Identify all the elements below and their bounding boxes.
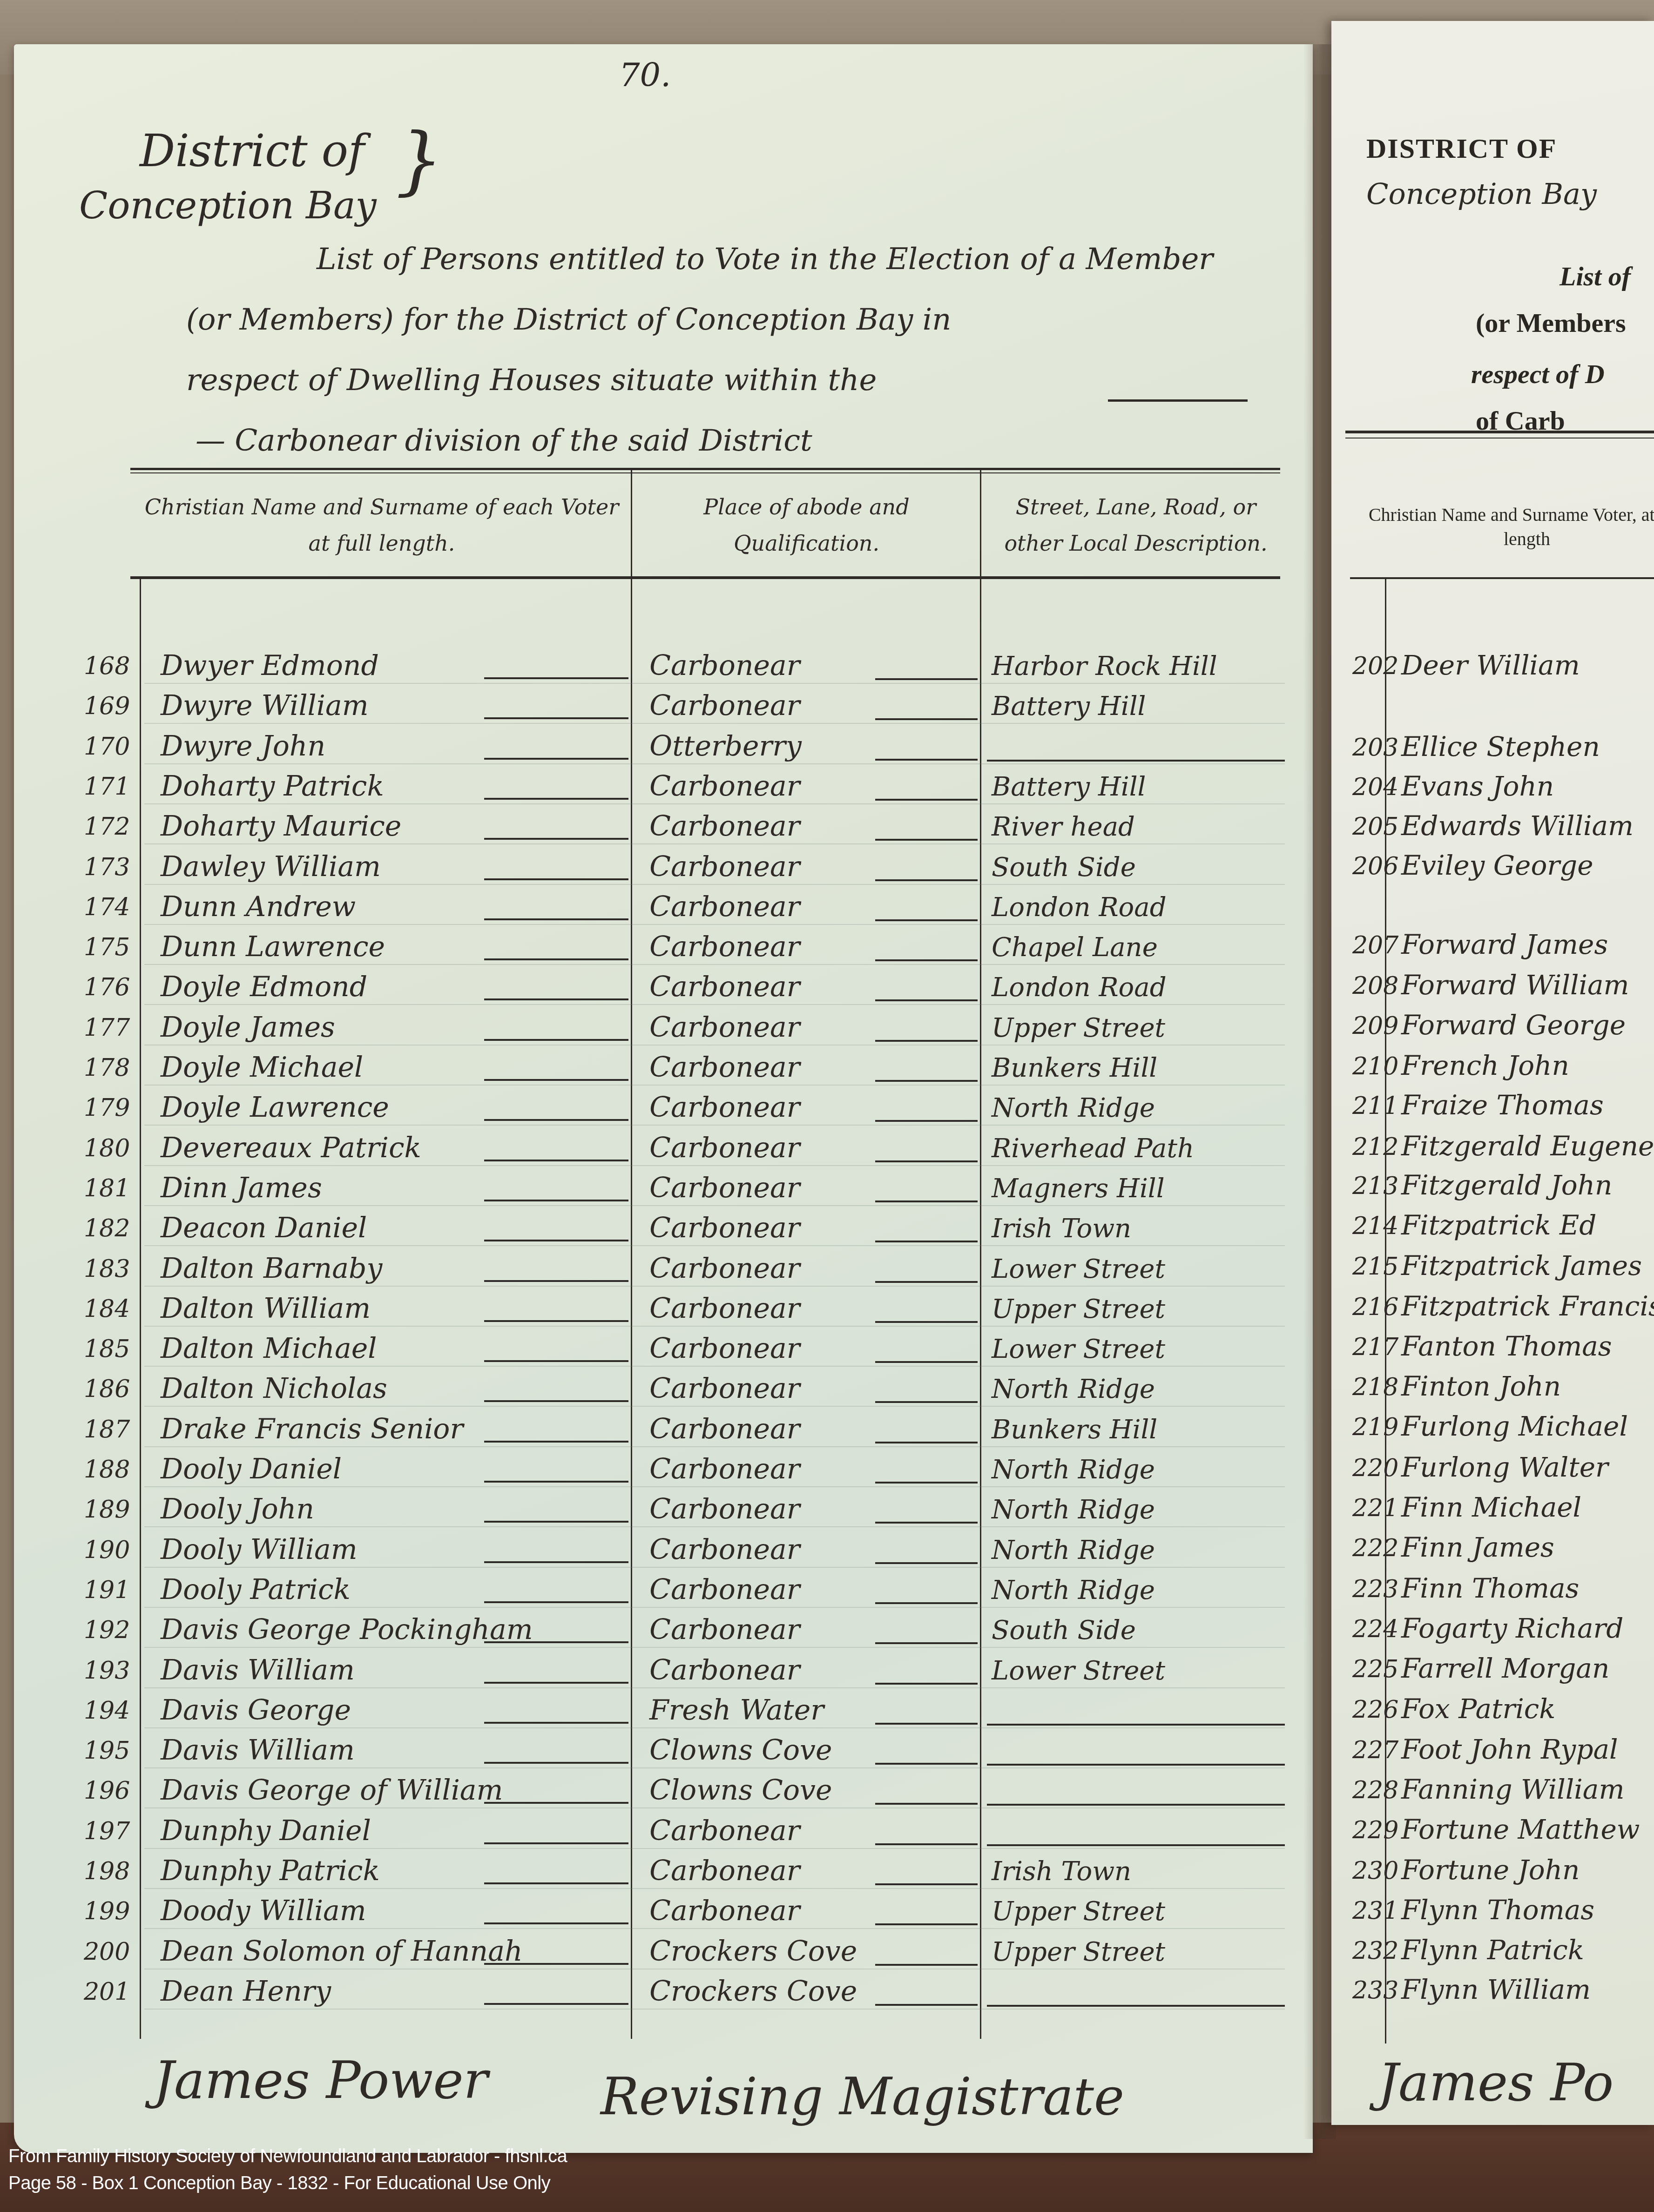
right-voter-name: Foot John Rypal (1401, 1733, 1618, 1765)
row-number: 177 (84, 1014, 135, 1042)
archive-caption-line-1: From Family History Society of Newfoundl… (8, 2146, 567, 2167)
right-row-number: 222 (1352, 1534, 1398, 1562)
street-description: London Road (992, 972, 1167, 1003)
ruled-line (144, 1727, 1285, 1728)
right-title-line-1: List of (1559, 261, 1631, 292)
row-number: 175 (84, 933, 135, 961)
right-district-label: DISTRICT OF (1366, 133, 1557, 165)
street-description: North Ridge (992, 1495, 1155, 1525)
name-fill-dash (484, 918, 628, 920)
right-row-number: 214 (1352, 1212, 1398, 1240)
voter-name: Dinn James (161, 1172, 322, 1204)
right-voter-name: Deer William (1401, 649, 1580, 681)
right-title-line-2: (or Members (1476, 307, 1626, 338)
name-fill-dash (484, 1360, 628, 1362)
right-voter-name: Finn Michael (1401, 1491, 1581, 1523)
ruled-line (144, 763, 1285, 764)
name-fill-dash (484, 1601, 628, 1603)
place-of-abode: Carbonear (649, 1413, 800, 1445)
right-voter-name: Fitzpatrick Ed (1401, 1209, 1596, 1241)
voter-name: Dalton Nicholas (161, 1372, 387, 1405)
name-fill-dash (484, 717, 628, 719)
right-voter-name: Ellice Stephen (1401, 731, 1600, 762)
name-fill-dash (484, 1922, 628, 1924)
magistrate-signature: James Power (154, 2050, 488, 2110)
place-fill-dash (875, 1040, 978, 1042)
place-of-abode: Otterberry (649, 730, 802, 762)
ruled-line (144, 1526, 1285, 1527)
street-description: Lower Street (992, 1254, 1165, 1284)
name-fill-dash (484, 1039, 628, 1041)
place-of-abode: Carbonear (649, 649, 800, 682)
row-number: 169 (84, 692, 135, 720)
ruled-line (144, 924, 1285, 925)
name-fill-dash (484, 1722, 628, 1724)
right-row-number: 211 (1352, 1092, 1398, 1120)
place-of-abode: Carbonear (649, 971, 800, 1003)
place-of-abode: Carbonear (649, 689, 800, 722)
row-number: 191 (84, 1576, 135, 1604)
row-number: 201 (84, 1978, 135, 2006)
row-number: 188 (84, 1456, 135, 1484)
column-header-name: Christian Name and Surname of each Voter… (135, 489, 628, 561)
archive-caption-line-2: Page 58 - Box 1 Conception Bay - 1832 - … (8, 2173, 550, 2194)
ruled-line (144, 683, 1285, 684)
ruled-line (144, 1165, 1285, 1166)
row-number: 182 (84, 1214, 135, 1242)
name-fill-dash (484, 1280, 628, 1282)
right-row-number: 204 (1352, 773, 1398, 801)
right-row-number: 223 (1352, 1575, 1398, 1603)
right-voter-name: Fitzpatrick Francis (1401, 1290, 1654, 1322)
place-fill-dash (875, 1241, 978, 1242)
street-description: Irish Town (992, 1856, 1131, 1887)
right-row-number: 210 (1352, 1052, 1398, 1080)
voter-name: Dean Solomon of Hannah (161, 1935, 523, 1968)
right-voter-name: Fitzgerald Eugene (1401, 1130, 1654, 1162)
row-number: 186 (84, 1375, 135, 1403)
place-of-abode: Carbonear (649, 1332, 800, 1365)
row-number: 183 (84, 1255, 135, 1283)
name-fill-dash (484, 1200, 628, 1201)
right-signature: James Po (1378, 2053, 1613, 2112)
name-fill-dash (484, 1641, 628, 1643)
voter-name: Doyle Lawrence (161, 1091, 389, 1124)
right-voter-name: French John (1401, 1050, 1569, 1081)
right-row-number: 230 (1352, 1857, 1398, 1885)
district-value: Conception Bay (79, 184, 377, 227)
name-fill-dash (484, 838, 628, 840)
table-top-rule (130, 468, 1280, 470)
voter-name: Doharty Maurice (161, 810, 401, 843)
ruled-line (144, 1928, 1285, 1929)
row-number: 181 (84, 1174, 135, 1202)
place-fill-dash (875, 1723, 978, 1725)
right-row-number: 208 (1352, 972, 1398, 1000)
place-of-abode: Carbonear (649, 1011, 800, 1044)
right-voter-name: Fortune Matthew (1401, 1814, 1640, 1845)
voter-name: Devereaux Patrick (161, 1132, 421, 1164)
right-voter-name: Fitzpatrick James (1401, 1250, 1642, 1281)
place-fill-dash (875, 1200, 978, 1202)
ruled-line (144, 1888, 1285, 1889)
right-voter-name: Eviley George (1401, 850, 1593, 881)
ruled-line (144, 803, 1285, 804)
voter-name: Dooly William (161, 1533, 358, 1566)
ruled-line (144, 1085, 1285, 1086)
right-voter-name: Fogarty Richard (1401, 1612, 1623, 1644)
voter-name: Davis George Pockingham (161, 1613, 533, 1646)
right-voter-name: Fitzgerald John (1401, 1169, 1612, 1201)
street-fill-dash (987, 760, 1285, 762)
row-number: 176 (84, 973, 135, 1001)
place-of-abode: Carbonear (649, 1051, 800, 1084)
place-of-abode: Carbonear (649, 1573, 800, 1606)
row-number: 195 (84, 1737, 135, 1765)
place-fill-dash (875, 1522, 978, 1524)
place-of-abode: Carbonear (649, 1855, 800, 1887)
name-fill-dash (484, 798, 628, 800)
voter-name: Doyle James (161, 1011, 335, 1044)
right-voter-name: Fraize Thomas (1401, 1089, 1604, 1121)
place-fill-dash (875, 1120, 978, 1122)
voter-name: Dunphy Patrick (161, 1855, 380, 1887)
place-fill-dash (875, 759, 978, 761)
place-of-abode: Clowns Cove (649, 1734, 832, 1767)
street-description: Riverhead Path (992, 1133, 1194, 1164)
ruled-line (144, 1567, 1285, 1568)
ruled-line (144, 1045, 1285, 1045)
voter-name: Dwyre William (161, 689, 369, 722)
row-number: 187 (84, 1416, 135, 1443)
street-description: Harbor Rock Hill (992, 651, 1217, 681)
name-fill-dash (484, 1963, 628, 1965)
row-number: 200 (84, 1938, 135, 1966)
right-row-number: 206 (1352, 852, 1398, 880)
right-row-number: 213 (1352, 1172, 1398, 1200)
row-number: 197 (84, 1817, 135, 1845)
name-fill-dash (484, 2003, 628, 2005)
title-line-1: List of Persons entitled to Vote in the … (317, 242, 1213, 276)
place-fill-dash (875, 999, 978, 1001)
right-row-number: 226 (1352, 1696, 1398, 1724)
name-fill-dash (484, 1842, 628, 1844)
voter-name: Deacon Daniel (161, 1212, 367, 1244)
place-of-abode: Carbonear (649, 931, 800, 963)
right-voter-name: Flynn Patrick (1401, 1934, 1584, 1966)
voter-name: Dooly Patrick (161, 1573, 351, 1606)
place-of-abode: Carbonear (649, 850, 800, 883)
street-description: London Road (992, 892, 1167, 923)
right-row-number: 205 (1352, 813, 1398, 841)
row-number: 190 (84, 1536, 135, 1564)
place-fill-dash (875, 839, 978, 841)
column-header-place: Place of abode and Qualification. (635, 489, 978, 561)
right-voter-name: Evans John (1401, 770, 1554, 802)
row-number: 172 (84, 813, 135, 841)
right-voter-name: Furlong Walter (1401, 1451, 1608, 1483)
row-number: 168 (84, 652, 135, 680)
street-description: Bunkers Hill (992, 1415, 1157, 1445)
right-voter-name: Edwards William (1401, 810, 1634, 842)
header-bottom-rule (130, 576, 1280, 579)
place-fill-dash (875, 1361, 978, 1363)
street-fill-dash (987, 1724, 1285, 1726)
place-fill-dash (875, 718, 978, 720)
right-row-number: 228 (1352, 1776, 1398, 1804)
ruled-line (144, 1687, 1285, 1688)
street-description: North Ridge (992, 1374, 1155, 1404)
row-number: 189 (84, 1496, 135, 1524)
right-voter-name: Flynn William (1401, 1974, 1591, 2005)
right-title-line-3: respect of D (1471, 358, 1605, 390)
name-fill-dash (484, 1882, 628, 1884)
voter-name: Dalton Barnaby (161, 1252, 382, 1285)
right-row-number: 221 (1352, 1494, 1398, 1522)
ruled-line (144, 1366, 1285, 1367)
right-row-number: 224 (1352, 1615, 1398, 1643)
ruled-line (144, 1245, 1285, 1246)
ruled-line (144, 1969, 1285, 1969)
right-district-value: Conception Bay (1366, 177, 1597, 211)
name-fill-dash (484, 1682, 628, 1684)
page-number: 70. (619, 56, 671, 94)
right-voter-name: Fanning William (1401, 1774, 1624, 1805)
right-row-number: 227 (1352, 1736, 1398, 1764)
right-top-rule (1345, 431, 1654, 433)
place-of-abode: Carbonear (649, 1292, 800, 1325)
name-fill-dash (484, 958, 628, 960)
place-of-abode: Carbonear (649, 1895, 800, 1927)
right-row-number: 218 (1352, 1373, 1398, 1401)
place-fill-dash (875, 2004, 978, 2006)
place-fill-dash (875, 799, 978, 801)
right-row-number: 212 (1352, 1133, 1398, 1161)
row-number: 179 (84, 1094, 135, 1122)
right-voter-name: Forward William (1401, 969, 1629, 1001)
place-fill-dash (875, 1883, 978, 1885)
place-fill-dash (875, 1401, 978, 1403)
street-description: Lower Street (992, 1656, 1165, 1686)
name-fill-dash (484, 1762, 628, 1764)
brace-icon: } (396, 116, 443, 203)
ruled-line (144, 723, 1285, 724)
place-column-rule (980, 468, 981, 2039)
right-row-number: 232 (1352, 1937, 1398, 1965)
voter-name: Dalton Michael (161, 1332, 377, 1365)
name-fill-dash (484, 1802, 628, 1804)
right-row-number: 216 (1352, 1293, 1398, 1321)
name-fill-dash (484, 1561, 628, 1563)
voter-name: Dooly John (161, 1493, 314, 1525)
right-row-number: 225 (1352, 1655, 1398, 1683)
right-row-number: 220 (1352, 1454, 1398, 1482)
ruled-line (144, 1767, 1285, 1768)
row-number: 193 (84, 1657, 135, 1685)
right-row-number: 215 (1352, 1253, 1398, 1281)
right-row-number: 231 (1352, 1897, 1398, 1925)
right-voter-name: Farrell Morgan (1401, 1652, 1609, 1684)
row-number: 171 (84, 773, 135, 801)
voter-name: Dooly Daniel (161, 1453, 342, 1485)
place-of-abode: Clowns Cove (649, 1774, 832, 1807)
street-description: Upper Street (992, 1896, 1165, 1927)
place-fill-dash (875, 959, 978, 961)
place-fill-dash (875, 1642, 978, 1644)
place-of-abode: Carbonear (649, 1654, 800, 1686)
voter-name: Dwyer Edmond (161, 649, 379, 682)
name-fill-dash (484, 1160, 628, 1161)
street-description: River head (992, 812, 1135, 842)
place-fill-dash (875, 919, 978, 921)
right-voter-name: Fortune John (1401, 1854, 1580, 1886)
street-fill-dash (987, 1844, 1285, 1846)
voter-name: Dunphy Daniel (161, 1814, 371, 1847)
street-description: North Ridge (992, 1093, 1155, 1123)
place-of-abode: Carbonear (649, 1613, 800, 1646)
ruled-line (144, 1125, 1285, 1126)
street-description: Chapel Lane (992, 932, 1158, 963)
name-column-rule (631, 468, 632, 2039)
district-label: District of (140, 126, 365, 177)
row-number: 178 (84, 1054, 135, 1082)
place-fill-dash (875, 1482, 978, 1484)
name-fill-dash (484, 1079, 628, 1081)
place-of-abode: Carbonear (649, 890, 800, 923)
voter-name: Davis George of William (161, 1774, 503, 1807)
street-description: Bunkers Hill (992, 1053, 1157, 1083)
place-of-abode: Carbonear (649, 1372, 800, 1405)
name-fill-dash (484, 1521, 628, 1523)
street-description: Upper Street (992, 1294, 1165, 1324)
right-voter-name: Finton John (1401, 1370, 1561, 1402)
ruled-line (144, 1607, 1285, 1608)
ruled-line (144, 1205, 1285, 1206)
street-fill-dash (987, 1804, 1285, 1806)
voter-name: Doharty Patrick (161, 770, 384, 803)
place-of-abode: Carbonear (649, 1212, 800, 1244)
name-fill-dash (484, 1119, 628, 1121)
ruled-line (144, 1406, 1285, 1407)
place-of-abode: Carbonear (649, 810, 800, 843)
ruled-line (144, 1004, 1285, 1005)
right-row-number: 209 (1352, 1012, 1398, 1040)
row-number: 199 (84, 1897, 135, 1925)
right-voter-name: Fox Patrick (1401, 1693, 1555, 1725)
row-number: 192 (84, 1616, 135, 1644)
table-top-rule-thin (130, 472, 1280, 473)
place-of-abode: Carbonear (649, 770, 800, 803)
row-number: 196 (84, 1777, 135, 1805)
place-of-abode: Carbonear (649, 1132, 800, 1164)
place-of-abode: Carbonear (649, 1814, 800, 1847)
name-fill-dash (484, 758, 628, 760)
voter-name: Dawley William (161, 850, 381, 883)
place-of-abode: Carbonear (649, 1252, 800, 1285)
street-description: South Side (992, 1615, 1136, 1646)
street-description: North Ridge (992, 1575, 1155, 1605)
right-voter-name: Finn Thomas (1401, 1572, 1579, 1604)
street-description: Battery Hill (992, 772, 1146, 802)
name-fill-dash (484, 677, 628, 679)
right-row-number: 202 (1352, 652, 1398, 680)
right-voter-name: Furlong Michael (1401, 1410, 1628, 1442)
place-fill-dash (875, 1964, 978, 1966)
right-top-rule-thin (1345, 438, 1654, 438)
place-fill-dash (875, 1763, 978, 1765)
place-fill-dash (875, 1562, 978, 1564)
place-of-abode: Carbonear (649, 1533, 800, 1566)
magistrate-title: Revising Magistrate (601, 2067, 1124, 2126)
voter-name: Dalton William (161, 1292, 371, 1325)
street-description: Irish Town (992, 1214, 1131, 1244)
place-fill-dash (875, 1160, 978, 1162)
right-row-number: 229 (1352, 1816, 1398, 1844)
voter-name: Davis William (161, 1654, 355, 1686)
place-fill-dash (875, 1843, 978, 1845)
title-underline (1108, 399, 1248, 402)
street-description: Lower Street (992, 1334, 1165, 1364)
voter-name: Doyle Michael (161, 1051, 363, 1084)
name-fill-dash (484, 1320, 628, 1322)
place-fill-dash (875, 1442, 978, 1443)
right-voter-name: Flynn Thomas (1401, 1894, 1594, 1926)
right-row-number: 203 (1352, 734, 1398, 762)
place-of-abode: Carbonear (649, 1453, 800, 1485)
place-of-abode: Carbonear (649, 1172, 800, 1204)
right-voter-name: Forward George (1401, 1009, 1626, 1041)
right-header-rule (1350, 577, 1654, 579)
ruled-line (144, 1326, 1285, 1327)
voter-name: Doyle Edmond (161, 971, 367, 1003)
ruled-line (144, 964, 1285, 965)
place-of-abode: Crockers Cove (649, 1935, 857, 1968)
row-number: 174 (84, 893, 135, 921)
voter-name: Dwyre John (161, 730, 325, 762)
row-number: 170 (84, 733, 135, 761)
voter-name: Davis William (161, 1734, 355, 1767)
name-fill-dash (484, 1240, 628, 1241)
place-of-abode: Carbonear (649, 1091, 800, 1124)
street-description: North Ridge (992, 1455, 1155, 1485)
street-description: Magners Hill (992, 1173, 1165, 1204)
row-number: 180 (84, 1134, 135, 1162)
place-fill-dash (875, 1923, 978, 1925)
place-fill-dash (875, 678, 978, 680)
street-description: Battery Hill (992, 691, 1146, 722)
ruled-line (144, 884, 1285, 885)
right-voter-name: Fanton Thomas (1401, 1330, 1612, 1362)
row-number: 194 (84, 1697, 135, 1725)
title-line-3: respect of Dwelling Houses situate withi… (186, 363, 877, 398)
voter-name: Drake Francis Senior (161, 1413, 463, 1445)
place-of-abode: Crockers Cove (649, 1975, 857, 2008)
right-column-header: Christian Name and Surname Voter, at ful… (1364, 503, 1654, 551)
ruled-line (144, 1848, 1285, 1849)
right-row-number: 217 (1352, 1333, 1398, 1361)
ruled-line (144, 1807, 1285, 1808)
row-number: 198 (84, 1857, 135, 1885)
ruled-line (144, 1286, 1285, 1287)
voter-name: Doody William (161, 1895, 366, 1927)
number-column-rule (140, 577, 141, 2039)
place-fill-dash (875, 1321, 978, 1323)
place-fill-dash (875, 1683, 978, 1685)
street-fill-dash (987, 1764, 1285, 1766)
place-of-abode: Fresh Water (649, 1694, 824, 1726)
title-line-4: — Carbonear division of the said Distric… (196, 424, 812, 458)
place-fill-dash (875, 1602, 978, 1604)
